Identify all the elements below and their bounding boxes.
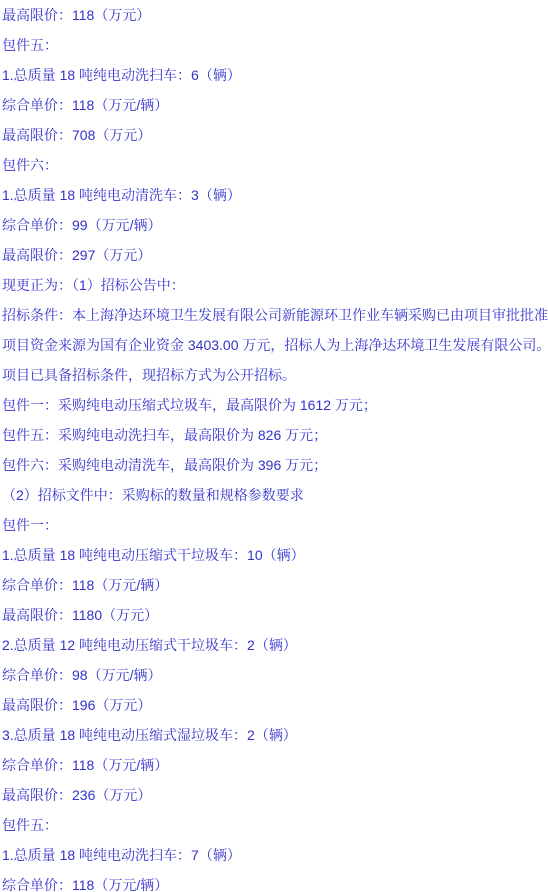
text-line: 包件一：: [2, 510, 548, 540]
text-line: 包件一：采购纯电动压缩式垃圾车，最高限价为 1612 万元；: [2, 390, 548, 420]
text-line: 项目资金来源为国有企业资金 3403.00 万元，招标人为上海净达环境卫生发展有…: [2, 330, 548, 360]
text-line: 3.总质量 18 吨纯电动压缩式湿垃圾车：2（辆）: [2, 720, 548, 750]
text-line: 最高限价：236（万元）: [2, 780, 548, 810]
text-line: 1.总质量 18 吨纯电动压缩式干垃圾车：10（辆）: [2, 540, 548, 570]
text-line: 最高限价：708（万元）: [2, 120, 548, 150]
text-line: 2.总质量 12 吨纯电动压缩式干垃圾车：2（辆）: [2, 630, 548, 660]
text-line: 综合单价：118（万元/辆）: [2, 90, 548, 120]
text-line: （2）招标文件中：采购标的数量和规格参数要求: [2, 480, 548, 510]
text-line: 现更正为：（1）招标公告中：: [2, 270, 548, 300]
text-line: 1.总质量 18 吨纯电动洗扫车：6（辆）: [2, 60, 548, 90]
text-line: 1.总质量 18 吨纯电动洗扫车：7（辆）: [2, 840, 548, 870]
text-line: 综合单价：99（万元/辆）: [2, 210, 548, 240]
text-line: 最高限价：1180（万元）: [2, 600, 548, 630]
text-line: 综合单价：118（万元/辆）: [2, 750, 548, 780]
text-line: 项目已具备招标条件，现招标方式为公开招标。: [2, 360, 548, 390]
text-line: 综合单价：118（万元/辆）: [2, 870, 548, 892]
text-line: 包件五：: [2, 30, 548, 60]
text-line: 最高限价：118（万元）: [2, 0, 548, 30]
text-line: 最高限价：196（万元）: [2, 690, 548, 720]
text-line: 包件六：采购纯电动清洗车，最高限价为 396 万元；: [2, 450, 548, 480]
tender-correction-announcement-text: 最高限价：118（万元）包件五：1.总质量 18 吨纯电动洗扫车：6（辆）综合单…: [0, 0, 548, 892]
text-line: 综合单价：98（万元/辆）: [2, 660, 548, 690]
text-line: 最高限价：297（万元）: [2, 240, 548, 270]
text-line: 综合单价：118（万元/辆）: [2, 570, 548, 600]
text-line: 1.总质量 18 吨纯电动清洗车：3（辆）: [2, 180, 548, 210]
text-line: 包件五：采购纯电动洗扫车，最高限价为 826 万元；: [2, 420, 548, 450]
text-line: 包件五：: [2, 810, 548, 840]
text-line: 招标条件：本上海净达环境卫生发展有限公司新能源环卫作业车辆采购已由项目审批批准，: [2, 300, 548, 330]
text-line: 包件六：: [2, 150, 548, 180]
